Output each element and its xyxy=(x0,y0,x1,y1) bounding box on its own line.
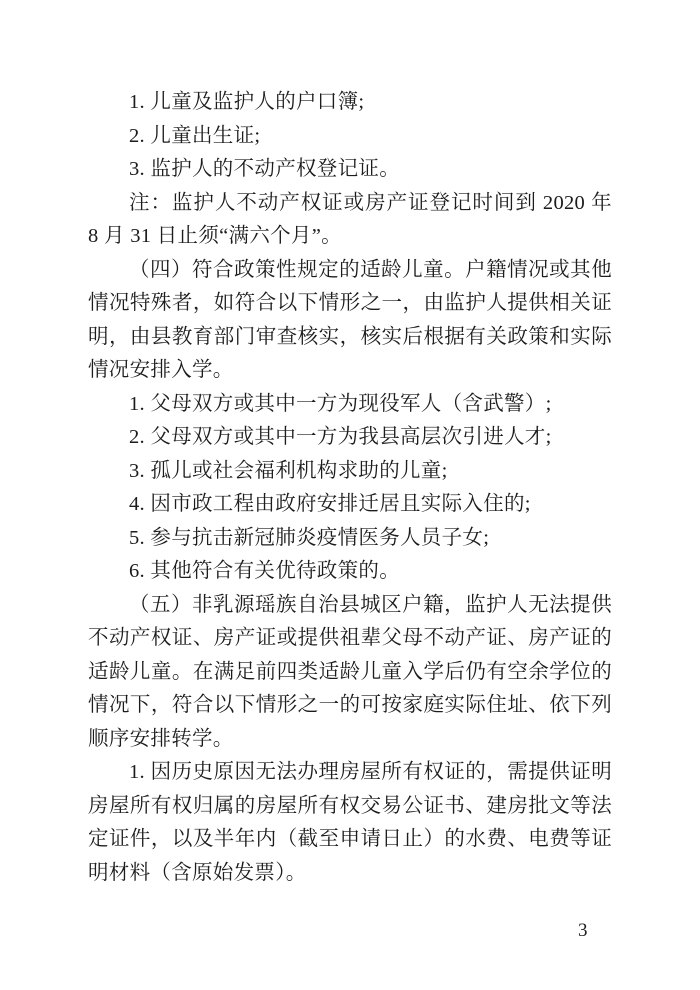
section-five-paragraph: （五）非乳源瑶族自治县城区户籍，监护人无法提供不动产权证、房产证或提供祖辈父母不… xyxy=(88,589,612,757)
required-doc-item-1: 1. 儿童及监护人的户口簿; xyxy=(88,86,612,120)
document-page: 1. 儿童及监护人的户口簿; 2. 儿童出生证; 3. 监护人的不动产权登记证。… xyxy=(0,0,700,990)
section-four-item-5: 5. 参与抗击新冠肺炎疫情医务人员子女; xyxy=(88,522,612,556)
section-five-item-1: 1. 因历史原因无法办理房屋所有权证的，需提供证明房屋所有权归属的房屋所有权交易… xyxy=(88,756,612,890)
section-four-item-6: 6. 其他符合有关优待政策的。 xyxy=(88,555,612,589)
section-four-item-3: 3. 孤儿或社会福利机构求助的儿童; xyxy=(88,455,612,489)
section-four-item-1: 1. 父母双方或其中一方为现役军人（含武警）; xyxy=(88,388,612,422)
document-body: 1. 儿童及监护人的户口簿; 2. 儿童出生证; 3. 监护人的不动产权登记证。… xyxy=(88,86,612,890)
section-four-paragraph: （四）符合政策性规定的适龄儿童。户籍情况或其他情况特殊者，如符合以下情形之一，由… xyxy=(88,254,612,388)
page-number: 3 xyxy=(578,920,588,942)
section-four-item-4: 4. 因市政工程由政府安排迁居且实际入住的; xyxy=(88,488,612,522)
required-doc-item-3: 3. 监护人的不动产权登记证。 xyxy=(88,153,612,187)
note-paragraph: 注：监护人不动产权证或房产证登记时间到 2020 年 8 月 31 日止须“满六… xyxy=(88,187,612,254)
required-doc-item-2: 2. 儿童出生证; xyxy=(88,120,612,154)
section-four-item-2: 2. 父母双方或其中一方为我县高层次引进人才; xyxy=(88,421,612,455)
